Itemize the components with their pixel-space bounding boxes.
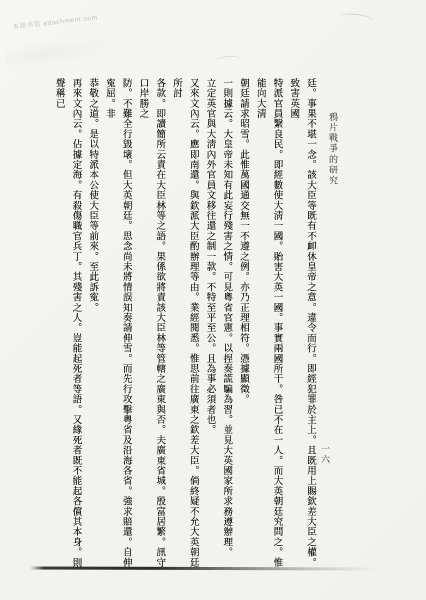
page-number: 一六 <box>319 444 332 470</box>
text-column: 一則據云。大皇帝未知有此妄行殘害之情。可見粵省官憲。以捏奏謊騙為習。並見大英國家… <box>218 78 235 570</box>
text-column: 又來文內云。應即南還。與欽派大臣酌辦理等由。業經閱悉。惟思前往廣東之欽差大臣。倘… <box>167 78 201 570</box>
scan-smudge <box>339 12 374 28</box>
text-column: 立定英官與大淸內外官員文移往還之制一款。不特至平至公。且為事必須者也。 <box>201 78 218 570</box>
text-column: 再來文內云。佔據定海。有殺傷職官兵丁。其殘害之人。豈能起死者等語。又緣死者既不能… <box>50 78 84 570</box>
scan-page: 本图书馆 attachment.com 鴉片戰爭的研究 一六 廷。事果不堪一念。… <box>0 0 426 600</box>
text-block: 廷。事果不堪一念。該大臣等既有不卹休皇帝之意。違令而行。即經犯罪於主上。且既用上… <box>50 78 318 570</box>
text-column: 恭敬之道。是以特派本公使大臣等前來。至此訴寃。 <box>84 78 101 570</box>
scan-smudge <box>215 55 242 67</box>
running-head: 鴉片戰爭的研究 <box>327 112 340 194</box>
text-column: 特派官員繄良民。即經數使大淸一國。貽害大英一國。事實兩國所干。咎已不在一人。而大… <box>251 78 285 570</box>
watermark: 本图书馆 attachment.com <box>12 12 98 31</box>
text-column: 各款。即讀簡所云責在大臣林等之語。果係欲將責該大臣林等管轄之廣東與否。夫廣東省城… <box>134 78 168 570</box>
text-column: 防。不難全行毀壞。但大英朝廷。思念尚未將情誤知奏請伸雪。而先行攻擊粵省及沿海各省… <box>100 78 134 570</box>
text-column: 朝廷請求昭雪。此惟萬國通交無一不遵之例。亦乃正理相符。憑據顯徵。 <box>234 78 251 570</box>
scan-smudge <box>3 30 125 72</box>
text-column: 廷。事果不堪一念。該大臣等既有不卹休皇帝之意。違令而行。即經犯罪於主上。且既用上… <box>285 78 319 570</box>
